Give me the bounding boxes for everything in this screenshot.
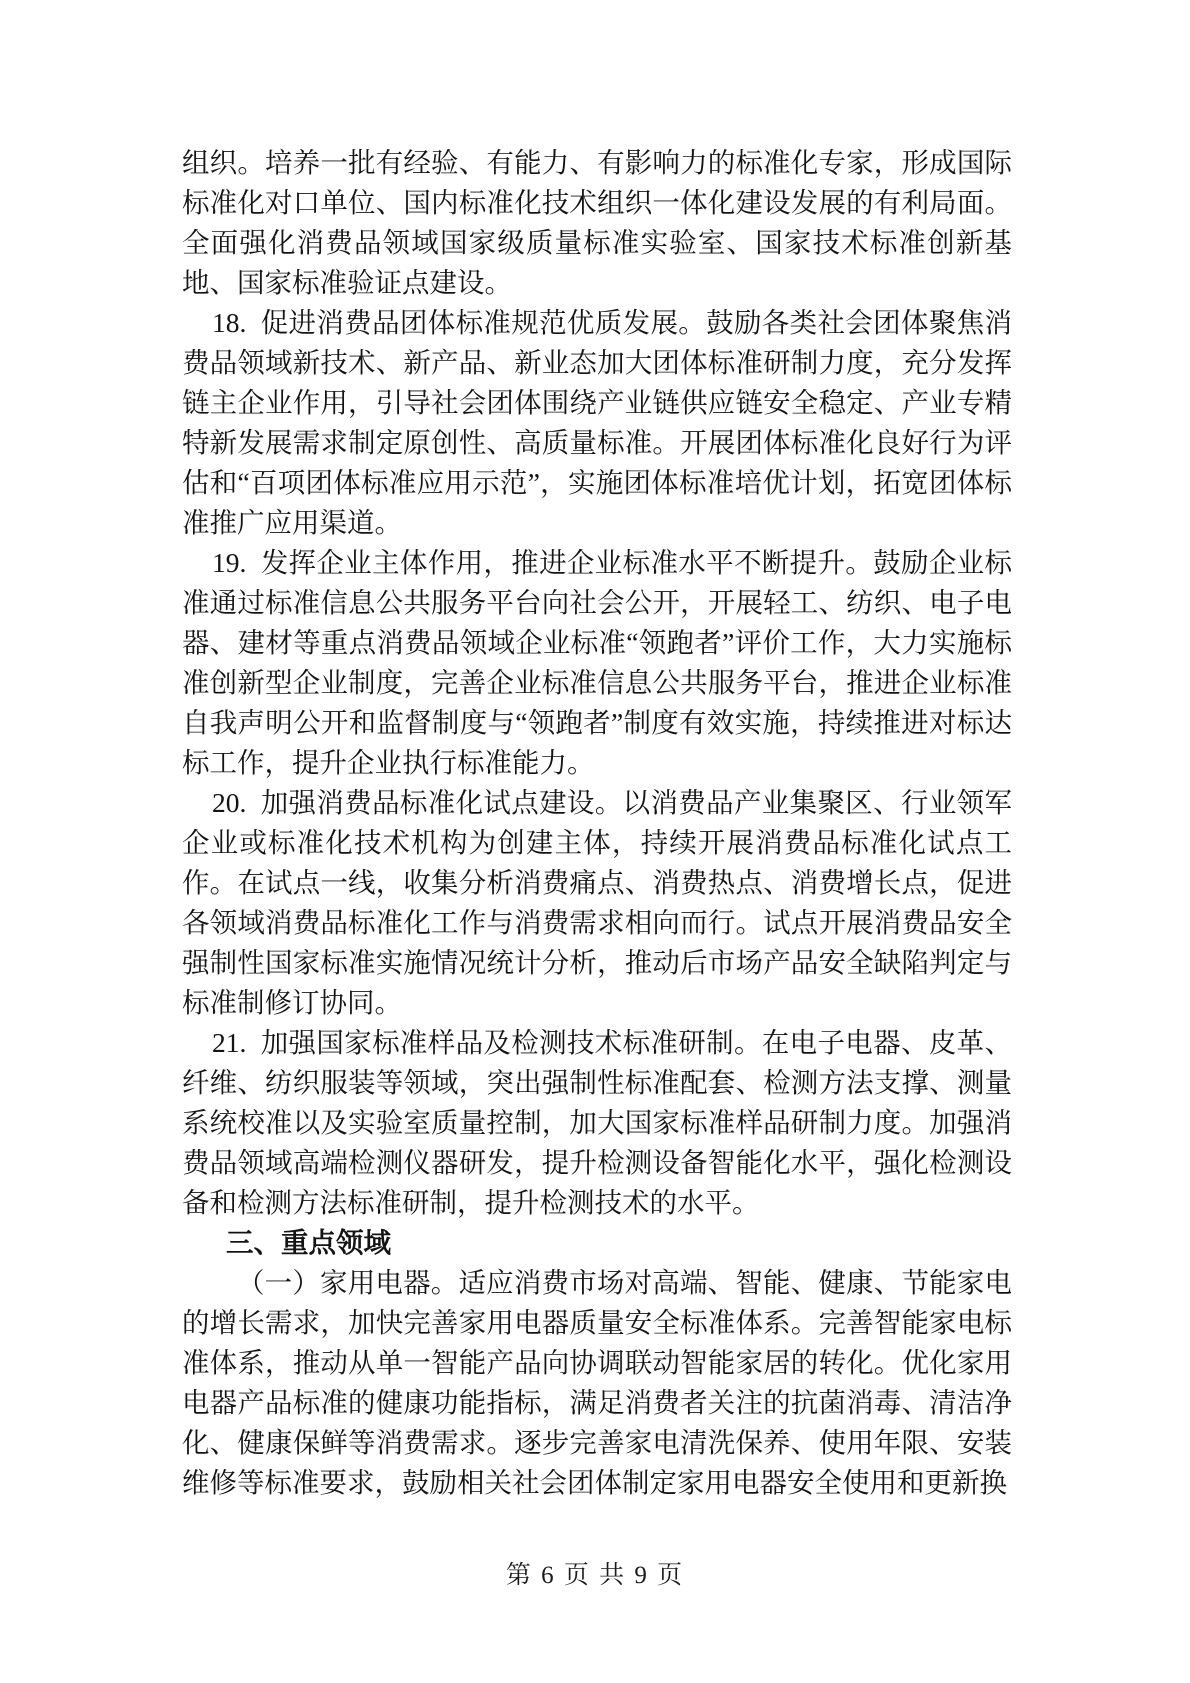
paragraph-text: 组织。培养一批有经验、有能力、有影响力的标准化专家，形成国际标准化对口单位、国内… [182, 147, 1012, 298]
paragraph: 18.促进消费品团体标准规范优质发展。鼓励各类社会团体聚焦消费品领域新技术、新产… [182, 303, 1012, 543]
paragraph-text: 加强消费品标准化试点建设。以消费品产业集聚区、行业领军企业或标准化技术机构为创建… [182, 787, 1012, 1018]
page-footer: 第 6 页 共 9 页 [0, 1559, 1190, 1593]
paragraph-number: 21. [212, 1027, 246, 1058]
paragraph-text: 三、重点领域 [226, 1227, 391, 1258]
paragraph: （一）家用电器。适应消费市场对高端、智能、健康、节能家电的增长需求，加快完善家用… [182, 1263, 1012, 1503]
section-heading: 三、重点领域 [182, 1223, 1012, 1263]
paragraph-number: 18. [212, 307, 246, 338]
paragraph-text: （一）家用电器。适应消费市场对高端、智能、健康、节能家电的增长需求，加快完善家用… [182, 1267, 1012, 1498]
paragraph: 组织。培养一批有经验、有能力、有影响力的标准化专家，形成国际标准化对口单位、国内… [182, 143, 1012, 303]
paragraph-text: 加强国家标准样品及检测技术标准研制。在电子电器、皮革、纤维、纺织服装等领域，突出… [182, 1027, 1012, 1218]
paragraph: 21.加强国家标准样品及检测技术标准研制。在电子电器、皮革、纤维、纺织服装等领域… [182, 1023, 1012, 1223]
paragraph-text: 发挥企业主体作用，推进企业标准水平不断提升。鼓励企业标准通过标准信息公共服务平台… [182, 547, 1012, 778]
paragraph: 19.发挥企业主体作用，推进企业标准水平不断提升。鼓励企业标准通过标准信息公共服… [182, 543, 1012, 783]
paragraph-number: 20. [212, 787, 246, 818]
paragraph: 20.加强消费品标准化试点建设。以消费品产业集聚区、行业领军企业或标准化技术机构… [182, 783, 1012, 1023]
document-page: 组织。培养一批有经验、有能力、有影响力的标准化专家，形成国际标准化对口单位、国内… [0, 0, 1190, 1683]
document-body: 组织。培养一批有经验、有能力、有影响力的标准化专家，形成国际标准化对口单位、国内… [182, 143, 1012, 1503]
paragraph-number: 19. [212, 547, 246, 578]
paragraph-text: 促进消费品团体标准规范优质发展。鼓励各类社会团体聚焦消费品领域新技术、新产品、新… [182, 307, 1012, 538]
